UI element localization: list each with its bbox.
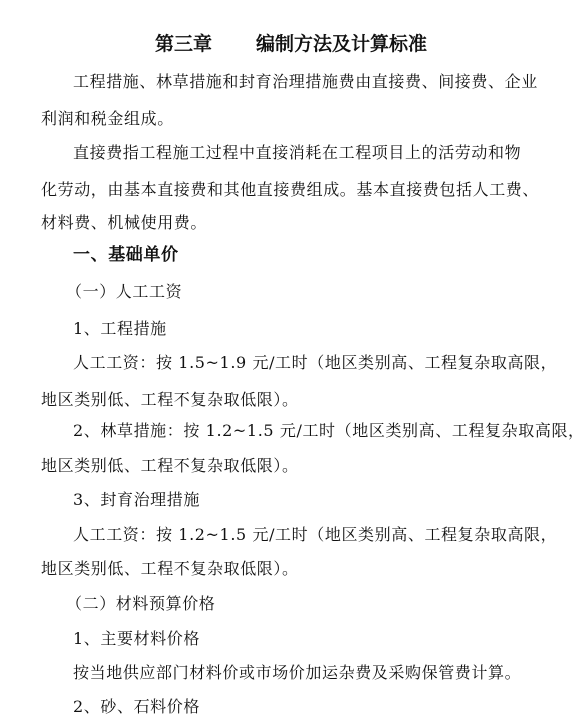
item-heading: 1、主要材料价格 bbox=[73, 629, 200, 649]
item-line: 地区类别低、工程不复杂取低限）。 bbox=[41, 456, 299, 476]
item-heading: 3、封育治理措施 bbox=[73, 490, 200, 510]
paragraph-line: 利润和税金组成。 bbox=[41, 109, 174, 129]
subsection-heading: （一）人工工资 bbox=[66, 282, 182, 302]
subsection-heading: （二）材料预算价格 bbox=[66, 594, 215, 614]
section-heading: 一、基础单价 bbox=[73, 245, 179, 265]
item-line: 按当地供应部门材料价或市场价加运杂费及采购保管费计算。 bbox=[73, 663, 521, 683]
chapter-number: 第三章 bbox=[155, 33, 212, 55]
item-line: 人工工资：按 1.5~1.9 元/工时（地区类别高、工程复杂取高限， bbox=[73, 353, 557, 373]
paragraph-line: 材料费、机械使用费。 bbox=[41, 213, 207, 233]
item-line: 地区类别低、工程不复杂取低限）。 bbox=[41, 390, 299, 410]
chapter-title: 第三章编制方法及计算标准 bbox=[0, 32, 582, 56]
item-heading: 1、工程措施 bbox=[73, 319, 167, 339]
document-page: 第三章编制方法及计算标准 工程措施、林草措施和封育治理措施费由直接费、间接费、企… bbox=[0, 0, 582, 719]
item-line: 人工工资：按 1.2~1.5 元/工时（地区类别高、工程复杂取高限， bbox=[73, 525, 557, 545]
item-line: 2、林草措施：按 1.2~1.5 元/工时（地区类别高、工程复杂取高限， bbox=[73, 421, 582, 441]
chapter-name: 编制方法及计算标准 bbox=[256, 33, 427, 55]
paragraph-line: 直接费指工程施工过程中直接消耗在工程项目上的活劳动和物 bbox=[73, 143, 521, 163]
paragraph-line: 工程措施、林草措施和封育治理措施费由直接费、间接费、企业 bbox=[73, 72, 538, 92]
item-heading: 2、砂、石料价格 bbox=[73, 697, 200, 717]
item-line: 地区类别低、工程不复杂取低限）。 bbox=[41, 559, 299, 579]
paragraph-line: 化劳动，由基本直接费和其他直接费组成。基本直接费包括人工费、 bbox=[41, 180, 539, 200]
